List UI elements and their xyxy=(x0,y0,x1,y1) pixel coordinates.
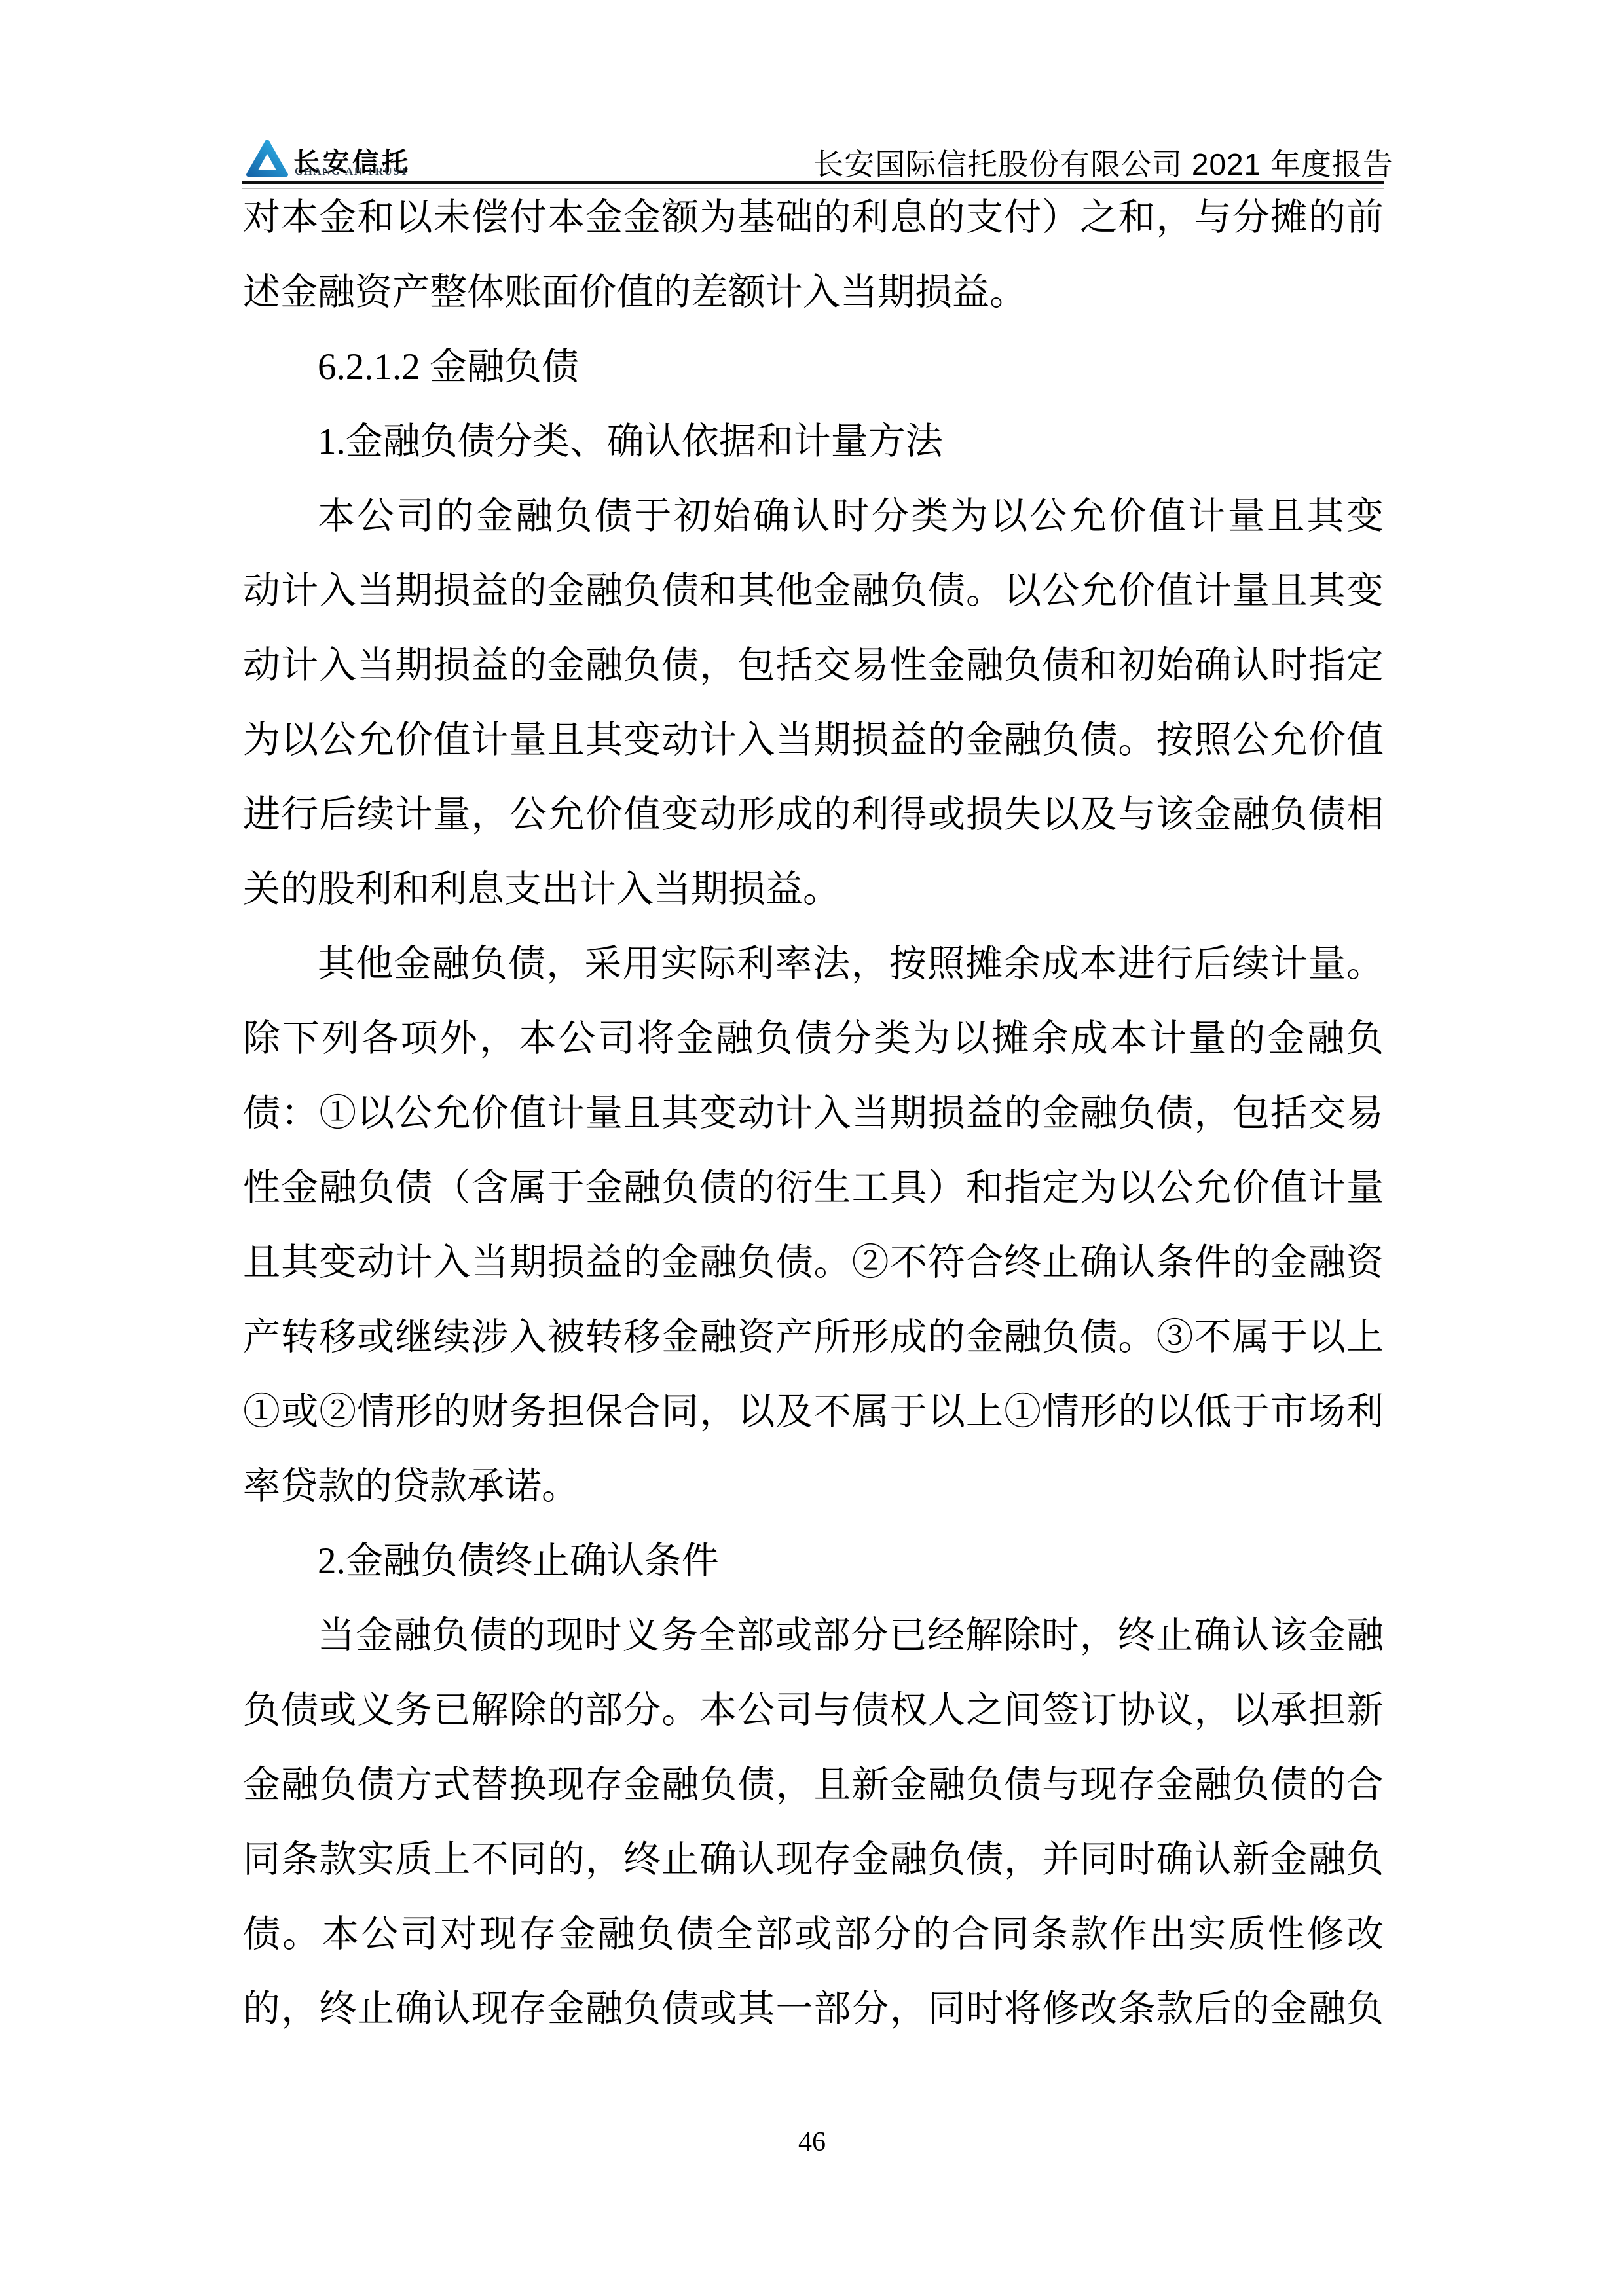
report-header-title: 长安国际信托股份有限公司 2021 年度报告 xyxy=(813,141,1393,184)
text-line: 性金融负债（含属于金融负债的衍生工具）和指定为以公允价值计量 xyxy=(243,1151,1384,1226)
text-line: 本公司的金融负债于初始确认时分类为以公允价值计量且其变 xyxy=(243,479,1384,554)
text-line: ①或②情形的财务担保合同，以及不属于以上①情形的以低于市场利 xyxy=(243,1375,1384,1449)
text-line: 的，终止确认现存金融负债或其一部分，同时将修改条款后的金融负 xyxy=(243,1972,1384,2047)
text-line: 当金融负债的现时义务全部或部分已经解除时，终止确认该金融 xyxy=(243,1599,1384,1673)
text-line: 述金融资产整体账面价值的差额计入当期损益。 xyxy=(243,255,1384,330)
text-line: 债：①以公允价值计量且其变动计入当期损益的金融负债，包括交易 xyxy=(243,1076,1384,1151)
document-body: 对本金和以未偿付本金金额为基础的利息的支付）之和，与分摊的前 述金融资产整体账面… xyxy=(243,181,1384,2047)
company-logo-name-en: CHANG'AN TRUST xyxy=(295,165,409,178)
text-line: 产转移或继续涉入被转移金融资产所形成的金融负债。③不属于以上 xyxy=(243,1300,1384,1375)
company-logo-icon xyxy=(246,140,288,178)
text-line: 动计入当期损益的金融负债，包括交易性金融负债和初始确认时指定 xyxy=(243,629,1384,703)
text-line: 除下列各项外，本公司将金融负债分类为以摊余成本计量的金融负 xyxy=(243,1002,1384,1076)
text-line: 对本金和以未偿付本金金额为基础的利息的支付）之和，与分摊的前 xyxy=(243,181,1384,255)
page-number: 46 xyxy=(0,2126,1624,2158)
text-line: 债。本公司对现存金融负债全部或部分的合同条款作出实质性修改 xyxy=(243,1897,1384,1972)
text-line: 同条款实质上不同的，终止确认现存金融负债，并同时确认新金融负 xyxy=(243,1823,1384,1897)
text-line: 进行后续计量，公允价值变动形成的利得或损失以及与该金融负债相 xyxy=(243,778,1384,852)
section-heading: 1.金融负债分类、确认依据和计量方法 xyxy=(243,405,1384,479)
page-header: 长安信托 CHANG'AN TRUST 长安国际信托股份有限公司 2021 年度… xyxy=(0,0,1624,196)
section-heading: 6.2.1.2 金融负债 xyxy=(243,330,1384,405)
text-line: 且其变动计入当期损益的金融负债。②不符合终止确认条件的金融资 xyxy=(243,1226,1384,1300)
text-line: 为以公允价值计量且其变动计入当期损益的金融负债。按照公允价值 xyxy=(243,703,1384,778)
text-line: 金融负债方式替换现存金融负债，且新金融负债与现存金融负债的合 xyxy=(243,1748,1384,1823)
text-line: 率贷款的贷款承诺。 xyxy=(243,1449,1384,1524)
report-page: 长安信托 CHANG'AN TRUST 长安国际信托股份有限公司 2021 年度… xyxy=(0,0,1624,2296)
section-heading: 2.金融负债终止确认条件 xyxy=(243,1524,1384,1599)
text-line: 其他金融负债，采用实际利率法，按照摊余成本进行后续计量。 xyxy=(243,927,1384,1002)
text-line: 负债或义务已解除的部分。本公司与债权人之间签订协议，以承担新 xyxy=(243,1673,1384,1748)
text-line: 动计入当期损益的金融负债和其他金融负债。以公允价值计量且其变 xyxy=(243,554,1384,629)
text-line: 关的股利和利息支出计入当期损益。 xyxy=(243,852,1384,927)
